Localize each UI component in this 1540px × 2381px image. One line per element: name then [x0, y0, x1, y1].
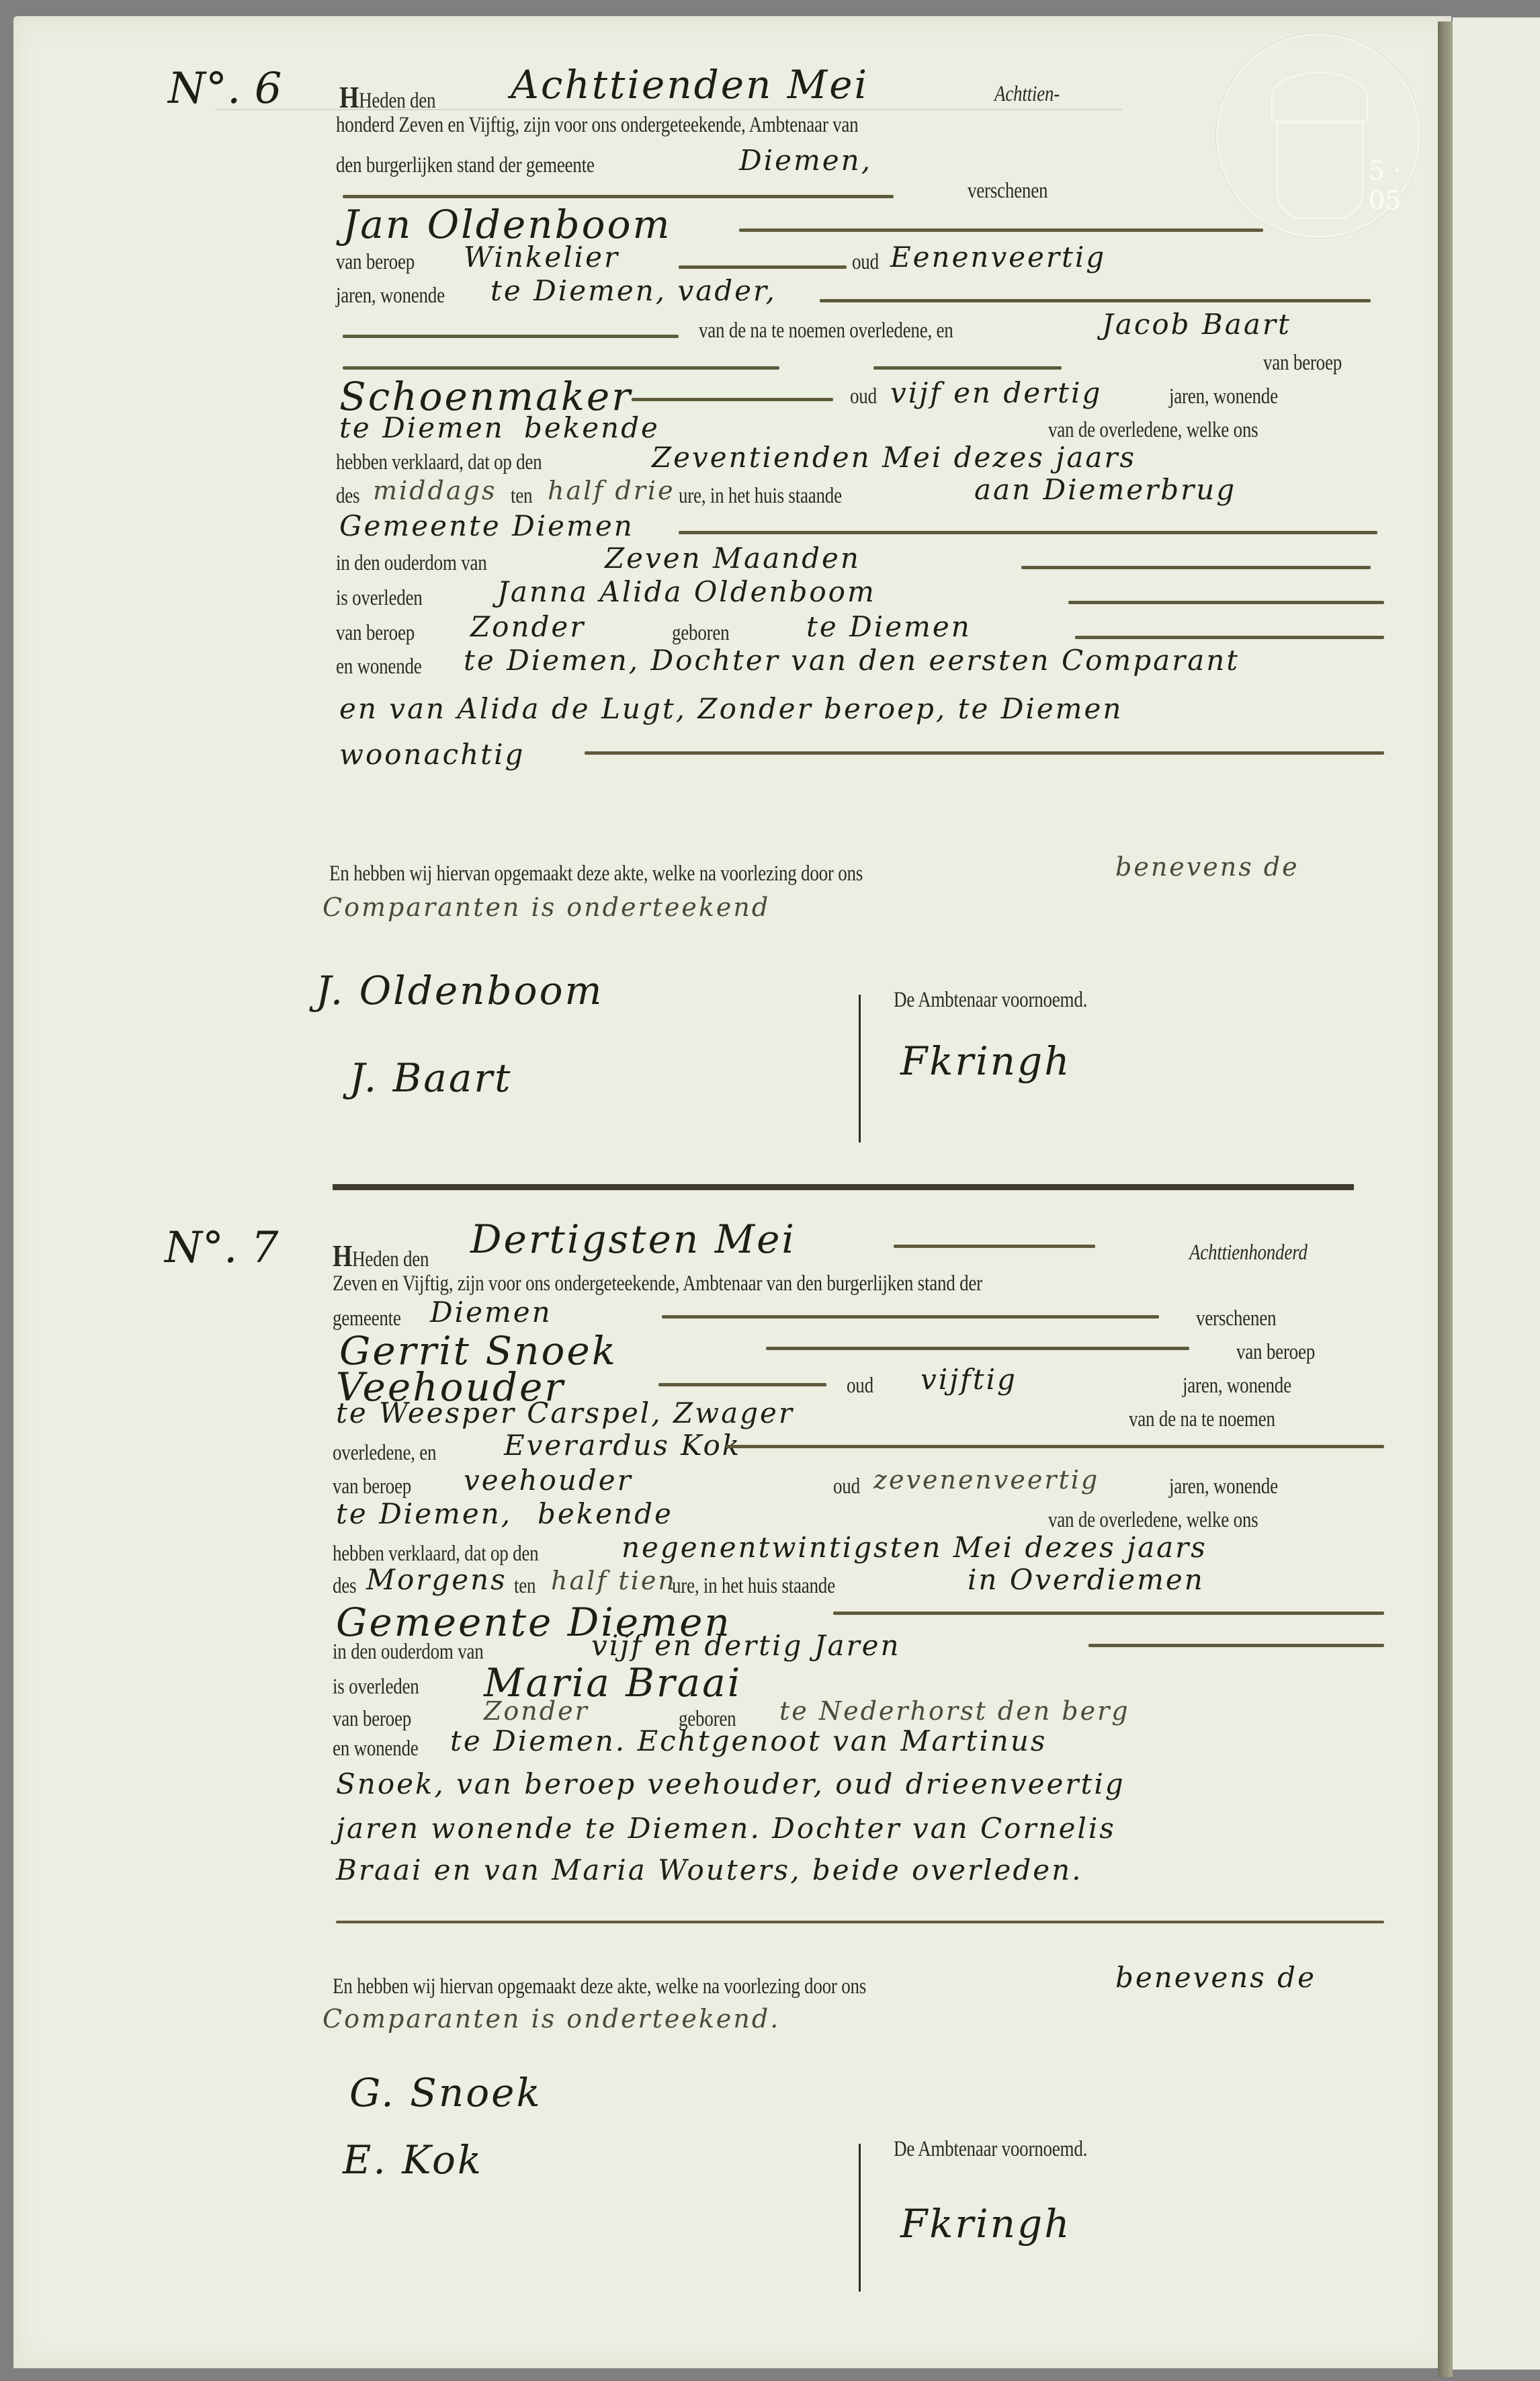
ure-huis-label: ure, in het huis staande [672, 1574, 835, 1599]
record-date: Dertigsten Mei [470, 1216, 796, 1262]
deceased-beroep: Zonder [470, 610, 585, 643]
deceased-name: Janna Alida Oldenboom [497, 575, 876, 608]
oud-label: oud [852, 250, 879, 275]
signature-2: E. Kok [343, 2137, 483, 2183]
comparant2-age: vijf en dertig [890, 376, 1102, 409]
jaren-wonende-label: jaren, wonende [336, 284, 445, 308]
house-location-2: Gemeente Diemen [339, 509, 634, 542]
beroep-label-2: van beroep [333, 1474, 411, 1499]
ambtenaar-signature: Fkringh [900, 2201, 1072, 2247]
closing-printed: En hebben wij hiervan opgemaakt deze akt… [333, 1974, 866, 1999]
printed-line: honderd Zeven en Vijftig, zijn voor ons … [336, 113, 858, 138]
verschenen-label: verschenen [1196, 1306, 1276, 1331]
na-te-noemen-label-2: overledene, en [333, 1441, 436, 1466]
na-te-noemen-label: van de na te noemen [1129, 1407, 1275, 1432]
closing-handwritten-2: Comparanten is onderteekend [323, 892, 770, 922]
book-gutter [1438, 22, 1453, 2377]
ouderdom-label: in den ouderdom van [333, 1640, 484, 1665]
ouderdom-label: in den ouderdom van [336, 551, 487, 576]
comparant1-age: vijftig [921, 1363, 1017, 1396]
remarks-line-1: te Diemen, Dochter van den eersten Compa… [464, 644, 1240, 677]
record-date: Achttienden Mei [511, 62, 869, 108]
deceased-age: Zeven Maanden [605, 542, 861, 575]
year-label: Achttienhonderd [1189, 1241, 1308, 1265]
signature-1: G. Snoek [349, 2070, 542, 2116]
comparant2-name: Jacob Baart [1102, 308, 1291, 341]
time: half tien [551, 1566, 677, 1595]
comparant2-relation: bekende [524, 411, 660, 444]
seal-number: 5 · 05 [1369, 156, 1419, 215]
verschenen-label: verschenen [968, 179, 1047, 204]
remarks-line-3: woonachtig [339, 738, 525, 771]
remarks-line-4: Braai en van Maria Wouters, beide overle… [336, 1853, 1083, 1886]
printed-line: den burgerlijken stand der gemeente [336, 153, 595, 178]
embossed-seal-icon: 5 · 05 [1216, 34, 1420, 238]
heden-den-label: HHeden den [333, 1238, 429, 1273]
ambtenaar-signature: Fkringh [900, 1038, 1072, 1084]
beroep-label-2: van beroep [1263, 351, 1342, 376]
time: half drie [548, 476, 675, 505]
des-label: des [336, 484, 359, 509]
gemeente-value: Diemen [430, 1296, 552, 1329]
birthplace: te Diemen [806, 610, 972, 643]
daypart: middags [373, 476, 497, 505]
van-de-overledene-label: van de overledene, welke ons [1048, 1508, 1258, 1533]
comparant1-residence: te Weesper Carspel, Zwager [336, 1396, 794, 1429]
house-location: aan Diemerbrug [974, 473, 1236, 506]
comparant2-residence: te Diemen, [336, 1497, 512, 1530]
remarks-line-1: te Diemen. Echtgenoot van Martinus [450, 1724, 1047, 1757]
comparant1-age: Eenenveertig [890, 241, 1106, 274]
signature-1: J. Oldenboom [316, 968, 604, 1013]
printed-line: Zeven en Vijftig, zijn voor ons onderget… [333, 1271, 982, 1296]
closing-handwritten-2: Comparanten is onderteekend. [323, 2004, 780, 2034]
gemeente-value: Diemen, [739, 144, 872, 177]
ambtenaar-label: De Ambtenaar voornoemd. [894, 988, 1087, 1013]
coat-of-arms-icon [1277, 122, 1363, 219]
signature-brace [859, 2144, 861, 2292]
record-number: N°. 6 [168, 64, 282, 114]
comparant2-residence: te Diemen [339, 411, 505, 444]
ten-label: ten [514, 1574, 536, 1599]
beroep-label-deceased: van beroep [336, 621, 415, 646]
crown-icon [1271, 72, 1368, 122]
is-overleden-label: is overleden [336, 586, 423, 611]
comparant1-beroep: Winkelier [464, 241, 619, 274]
na-te-noemen-label: van de na te noemen overledene, en [699, 319, 953, 343]
beroep-label-deceased: van beroep [333, 1707, 411, 1732]
beroep-label: van beroep [336, 250, 415, 275]
comparant2-age: zevenenveertig [873, 1465, 1099, 1495]
oud-label-2: oud [850, 384, 877, 409]
signature-brace [859, 995, 861, 1142]
record-separator [333, 1184, 1354, 1190]
comparant2-name: Everardus Kok [504, 1429, 741, 1462]
record-number: N°. 7 [165, 1223, 278, 1273]
is-overleden-label: is overleden [333, 1675, 419, 1700]
closing-handwritten-1: benevens de [1115, 1961, 1316, 1994]
deceased-beroep: Zonder [484, 1696, 589, 1726]
en-wonende-label: en wonende [333, 1737, 419, 1761]
des-label: des [333, 1574, 356, 1599]
hebben-verklaard-label: hebben verklaard, dat op den [336, 450, 542, 475]
beroep-label: van beroep [1236, 1340, 1315, 1365]
remarks-line-2: en van Alida de Lugt, Zonder beroep, te … [339, 692, 1123, 725]
death-date: Zeventienden Mei dezes jaars [652, 441, 1136, 474]
death-date: negenentwintigsten Mei dezes jaars [622, 1531, 1207, 1564]
comparant1-residence: te Diemen, vader, [490, 274, 777, 307]
closing-printed: En hebben wij hiervan opgemaakt deze akt… [329, 862, 863, 886]
remarks-line-2: Snoek, van beroep veehouder, oud drieenv… [336, 1767, 1125, 1800]
oud-label: oud [847, 1374, 873, 1398]
year-label: Achttien- [994, 82, 1060, 107]
ten-label: ten [511, 484, 532, 509]
ure-huis-label: ure, in het huis staande [679, 484, 842, 509]
house-location: in Overdiemen [968, 1563, 1205, 1596]
ambtenaar-label: De Ambtenaar voornoemd. [894, 2137, 1087, 2162]
van-de-overledene-label: van de overledene, welke ons [1048, 418, 1258, 443]
oud-label-2: oud [833, 1474, 860, 1499]
comparant2-relation: bekende [538, 1497, 673, 1530]
jaren-wonende-label-2: jaren, wonende [1169, 1474, 1278, 1499]
jaren-wonende-label-2: jaren, wonende [1169, 384, 1278, 409]
geboren-label: geboren [672, 621, 729, 646]
deceased-age: vijf en dertig Jaren [591, 1629, 901, 1662]
signature-2: J. Baart [349, 1055, 512, 1101]
daypart: Morgens [366, 1563, 507, 1596]
remarks-line-3: jaren wonende te Diemen. Dochter van Cor… [336, 1812, 1116, 1845]
closing-handwritten-1: benevens de [1115, 852, 1299, 882]
adjacent-page-edge [1453, 17, 1540, 2370]
comparant2-beroep: veehouder [464, 1464, 633, 1497]
birthplace: te Nederhorst den berg [779, 1696, 1130, 1726]
jaren-wonende-label: jaren, wonende [1183, 1374, 1291, 1398]
en-wonende-label: en wonende [336, 655, 422, 679]
